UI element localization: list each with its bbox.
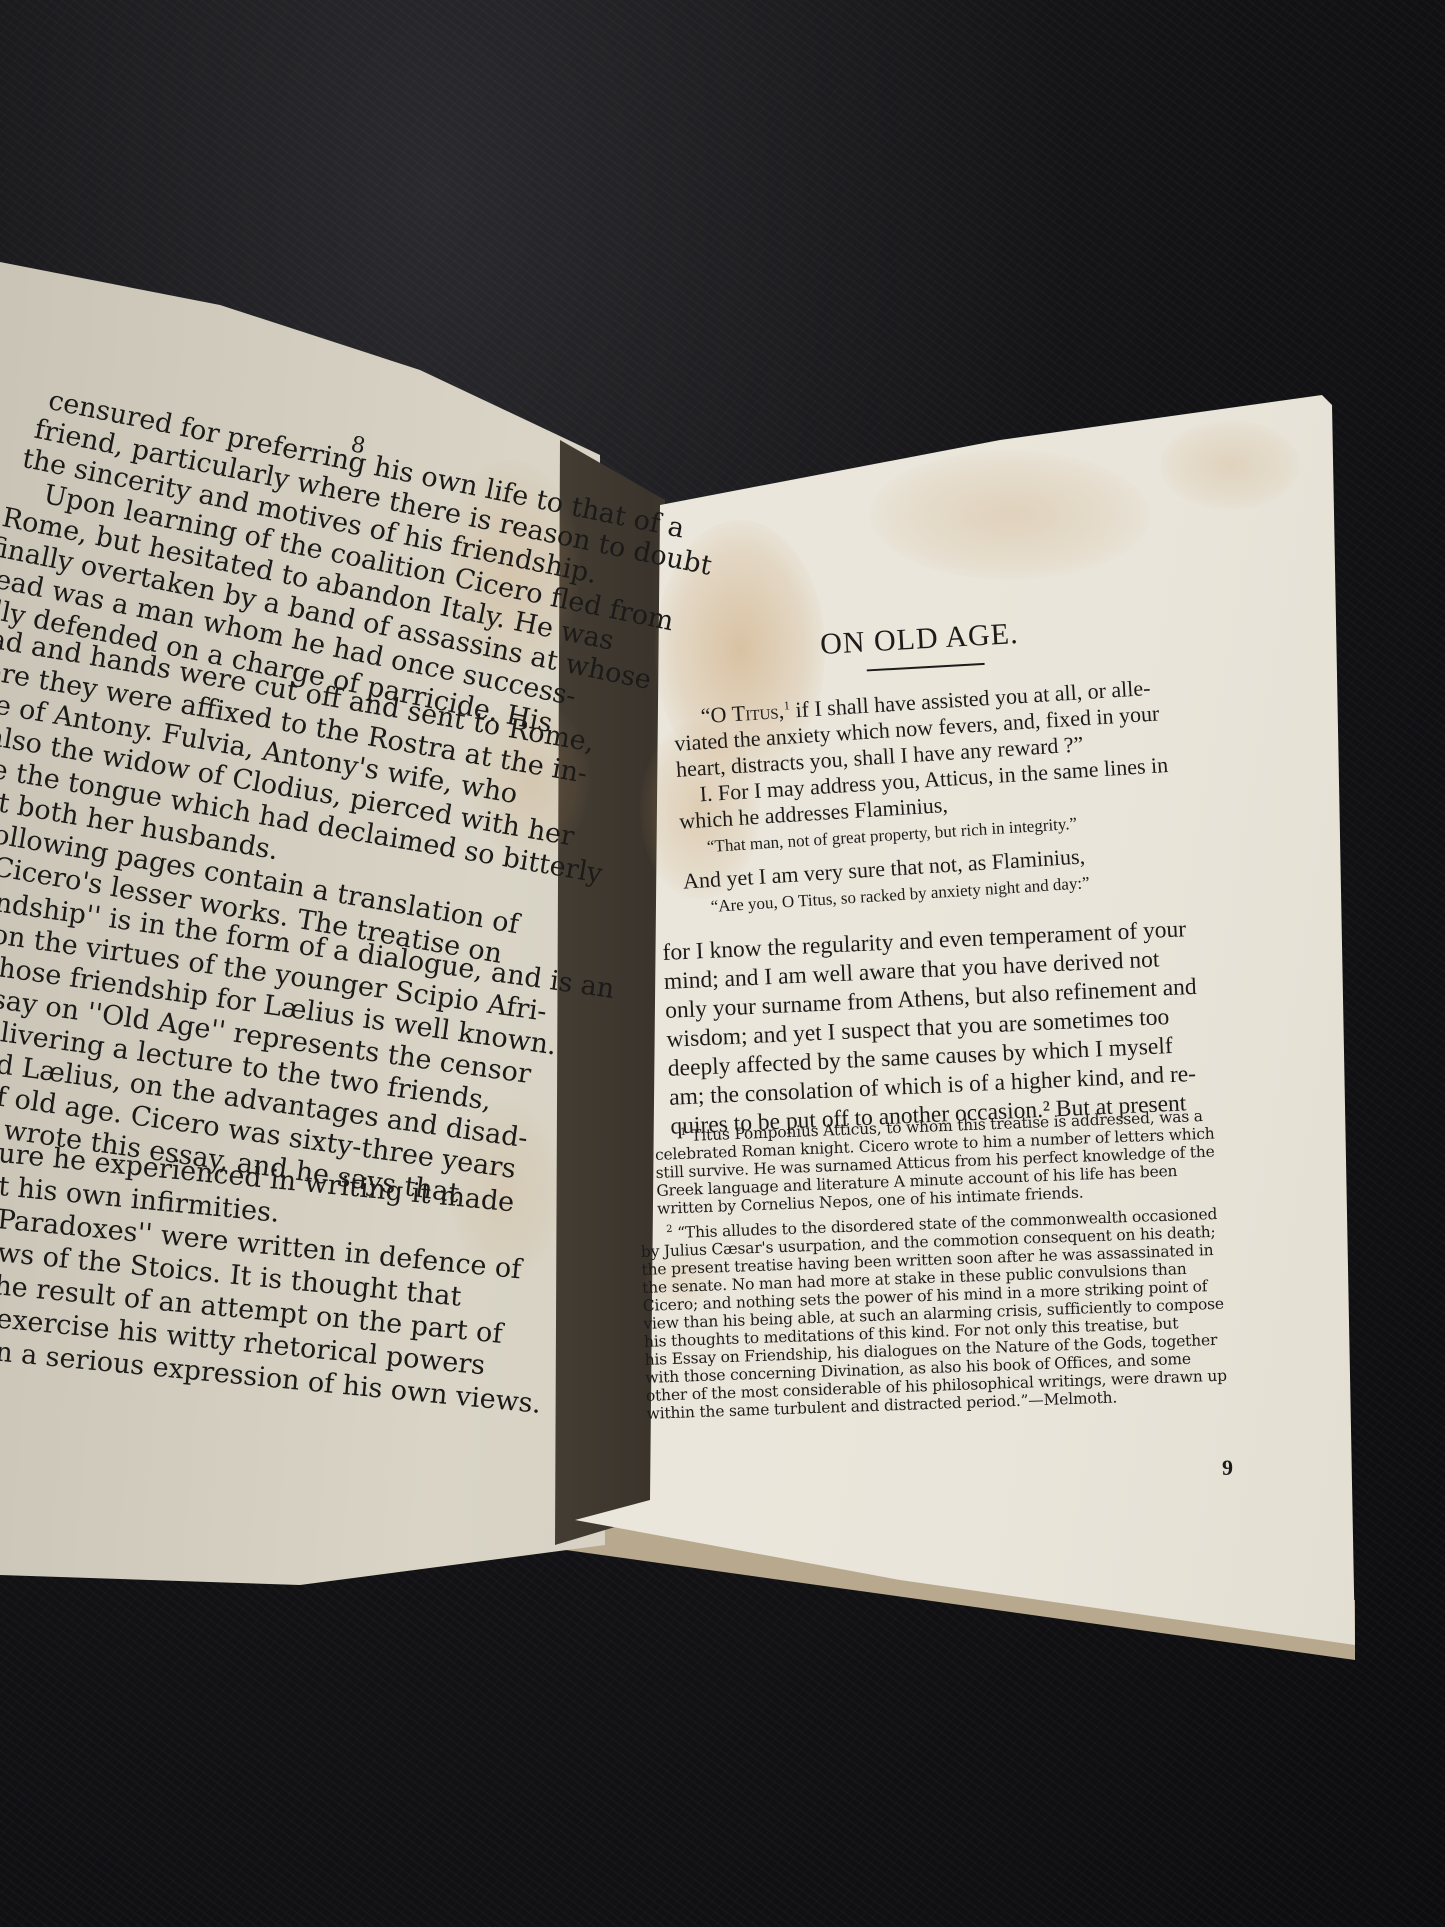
- photo-scene: 8 censured for preferring his own life t…: [0, 0, 1445, 1927]
- right-page-number: 9: [1222, 1455, 1233, 1481]
